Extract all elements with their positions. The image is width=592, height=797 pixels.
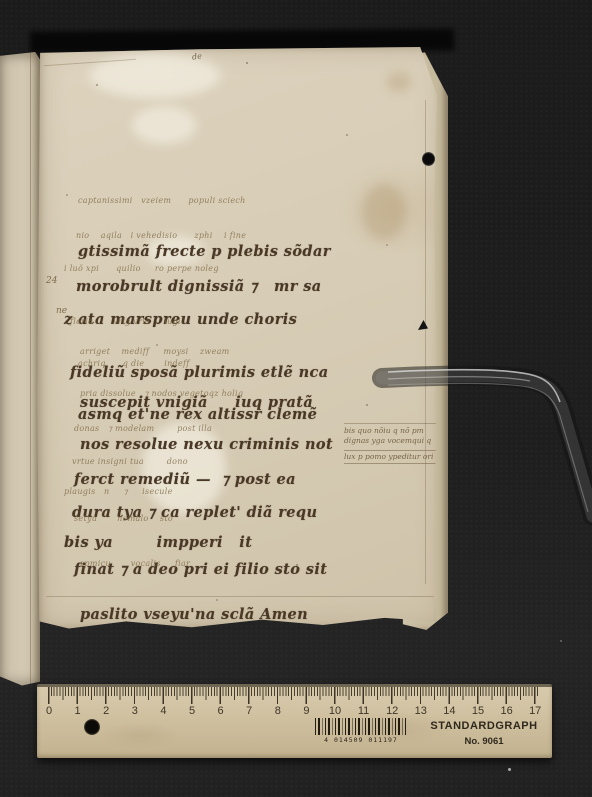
- ruler-number: 3: [132, 705, 138, 717]
- marginal-note-line: dignas yga vocemqui q: [344, 436, 438, 446]
- barcode-block: 4 014509 011197: [315, 718, 407, 744]
- ruler-number: 13: [415, 705, 427, 717]
- ruler-number: 14: [443, 705, 455, 717]
- ruler: 01234567891011121314151617 4 014509 0111…: [37, 684, 552, 758]
- barcode-number: 4 014509 011197: [315, 736, 407, 744]
- ruler-number: 10: [329, 705, 341, 717]
- dust-speck: [560, 640, 562, 642]
- margin-mark: ne: [56, 306, 67, 316]
- ruler-number: 5: [189, 705, 195, 717]
- ruler-hole: [84, 719, 100, 735]
- vertical-crease: [425, 100, 426, 584]
- margin-mark: 24: [46, 276, 57, 286]
- manuscript-leaf: de captanissimi vzeiem populi sciech gti…: [36, 44, 446, 632]
- stain: [132, 106, 196, 144]
- ruler-number: 4: [160, 705, 166, 717]
- fold-line: [30, 52, 31, 688]
- marginal-note-line-boxed: lux p pomo ypeditur ori: [344, 450, 438, 464]
- text-line: spmicu vocalis fiar paslito vseyu'na scl…: [80, 522, 308, 660]
- barcode: [315, 718, 407, 735]
- ruler-number: 16: [500, 705, 512, 717]
- ruler-number: 17: [529, 705, 541, 717]
- marginal-note-line: bis quo nõiu q nõ pm: [344, 426, 438, 436]
- ruler-number: 12: [386, 705, 398, 717]
- ruler-number: 15: [472, 705, 484, 717]
- ruler-number: 2: [103, 705, 109, 717]
- ruler-number: 6: [218, 705, 224, 717]
- ruler-numbers: 01234567891011121314151617: [37, 705, 552, 719]
- wormhole: [422, 152, 435, 166]
- left-folded-leaf: [0, 52, 40, 688]
- top-ink-mark: de: [191, 51, 202, 61]
- ruler-brand: STANDARDGRAPH: [419, 720, 549, 732]
- ruler-model: No. 9061: [419, 736, 549, 747]
- ruler-number: 1: [75, 705, 81, 717]
- verse-line: paslito vseyu'na sclã Amen: [80, 605, 308, 624]
- ruler-number: 0: [46, 705, 52, 717]
- ruler-cm-ticks: [48, 687, 538, 704]
- ruler-number: 9: [303, 705, 309, 717]
- marginal-note: bis quo nõiu q nõ pm dignas yga vocemqui…: [344, 423, 438, 464]
- edge-tear: [418, 320, 428, 330]
- stain: [362, 184, 406, 240]
- ruler-number: 8: [275, 705, 281, 717]
- interlinear-gloss: spmicu vocalis fiar: [80, 558, 308, 569]
- stain: [386, 72, 412, 92]
- manuscript-photo: de captanissimi vzeiem populi sciech gti…: [0, 0, 592, 797]
- dust-speck: [508, 768, 511, 771]
- ruler-number: 11: [358, 705, 369, 717]
- ruler-number: 7: [246, 705, 252, 717]
